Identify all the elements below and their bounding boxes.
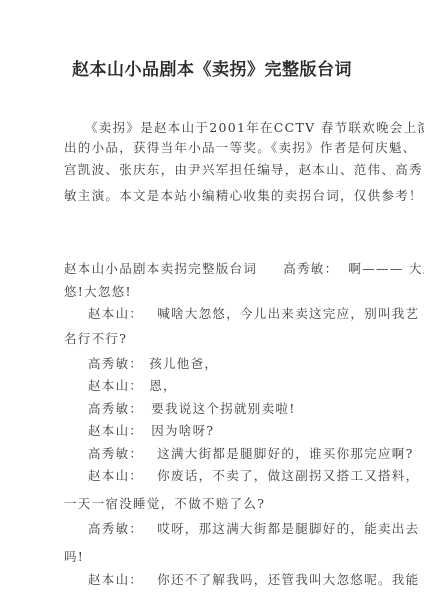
speaker-label: 赵本山：: [88, 572, 143, 588]
intro-line: 敏主演。本文是本站小编精心收集的卖拐台词，仅供参考！: [64, 188, 423, 204]
intro-line: 《卖拐》是赵本山于2001年在CCTV 春节联欢晚会上演: [85, 120, 424, 136]
speaker-label: 赵本山：: [88, 423, 143, 439]
dialogue-text: 孩儿他爸，: [149, 356, 218, 371]
dialogue-text: 啊——— 大忽: [348, 261, 424, 276]
document-title: 赵本山小品剧本《卖拐》完整版台词: [0, 55, 424, 80]
intro-line: 出的小品，获得当年小品一等奖。《卖拐》作者是何庆魁、: [64, 140, 417, 156]
script-line: 赵本山：因为啥呀?: [88, 423, 214, 439]
script-line: 名行不行?: [64, 331, 127, 347]
script-line: 赵本山：你废话，不卖了，做这副拐又搭工又搭料，: [88, 468, 419, 484]
script-line: 高秀敏：哎呀，那这满大街都是腿脚好的，能卖出去: [88, 521, 419, 537]
dialogue-text: 你废话，不卖了，做这副拐又搭工又搭料，: [157, 468, 419, 483]
script-line: 赵本山小品剧本卖拐完整版台词高秀敏：啊——— 大忽: [64, 261, 424, 277]
speaker-label: 高秀敏：: [88, 356, 143, 372]
speaker-label: 赵本山：: [88, 468, 143, 484]
dialogue-text: 哎呀，那这满大街都是腿脚好的，能卖出去: [157, 521, 419, 536]
script-line: 高秀敏：这满大街都是腿脚好的，谁买你那完应啊?: [88, 446, 414, 462]
speaker-label: 高秀敏：: [88, 401, 143, 417]
speaker-label: 高秀敏：: [88, 521, 143, 537]
dialogue-text: 你还不了解我吗，还管我叫大忽悠呢。我能: [157, 572, 419, 587]
script-line: 高秀敏：孩儿他爸，: [88, 356, 218, 372]
speaker-label: 高秀敏：: [88, 446, 143, 462]
script-heading: 赵本山小品剧本卖拐完整版台词: [64, 261, 257, 276]
dialogue-text: 因为啥呀?: [151, 423, 214, 438]
script-line: 悠!大忽悠!: [64, 284, 132, 300]
dialogue-text: 喊啥大忽悠，今儿出来卖这完应，别叫我艺: [157, 306, 419, 321]
dialogue-text: 这满大街都是腿脚好的，谁买你那完应啊?: [157, 446, 413, 461]
script-line: 高秀敏：要我说这个拐就别卖啦!: [88, 401, 296, 417]
speaker-label: 赵本山：: [88, 378, 143, 394]
speaker-label: 赵本山：: [88, 306, 143, 322]
script-line: 吗!: [64, 549, 84, 565]
dialogue-text: 要我说这个拐就别卖啦!: [151, 401, 295, 416]
intro-line: 宫凯波、张庆东，由尹兴军担任编导，赵本山、范伟、高秀: [64, 162, 423, 178]
speaker-label: 高秀敏：: [283, 261, 338, 277]
script-line: 赵本山：喊啥大忽悠，今儿出来卖这完应，别叫我艺: [88, 306, 419, 322]
script-line: 一天一宿没睡觉，不做不赔了么?: [64, 496, 265, 512]
script-line: 赵本山：恩，: [88, 378, 177, 394]
dialogue-text: 恩，: [149, 378, 177, 393]
script-line: 赵本山：你还不了解我吗，还管我叫大忽悠呢。我能: [88, 572, 419, 588]
